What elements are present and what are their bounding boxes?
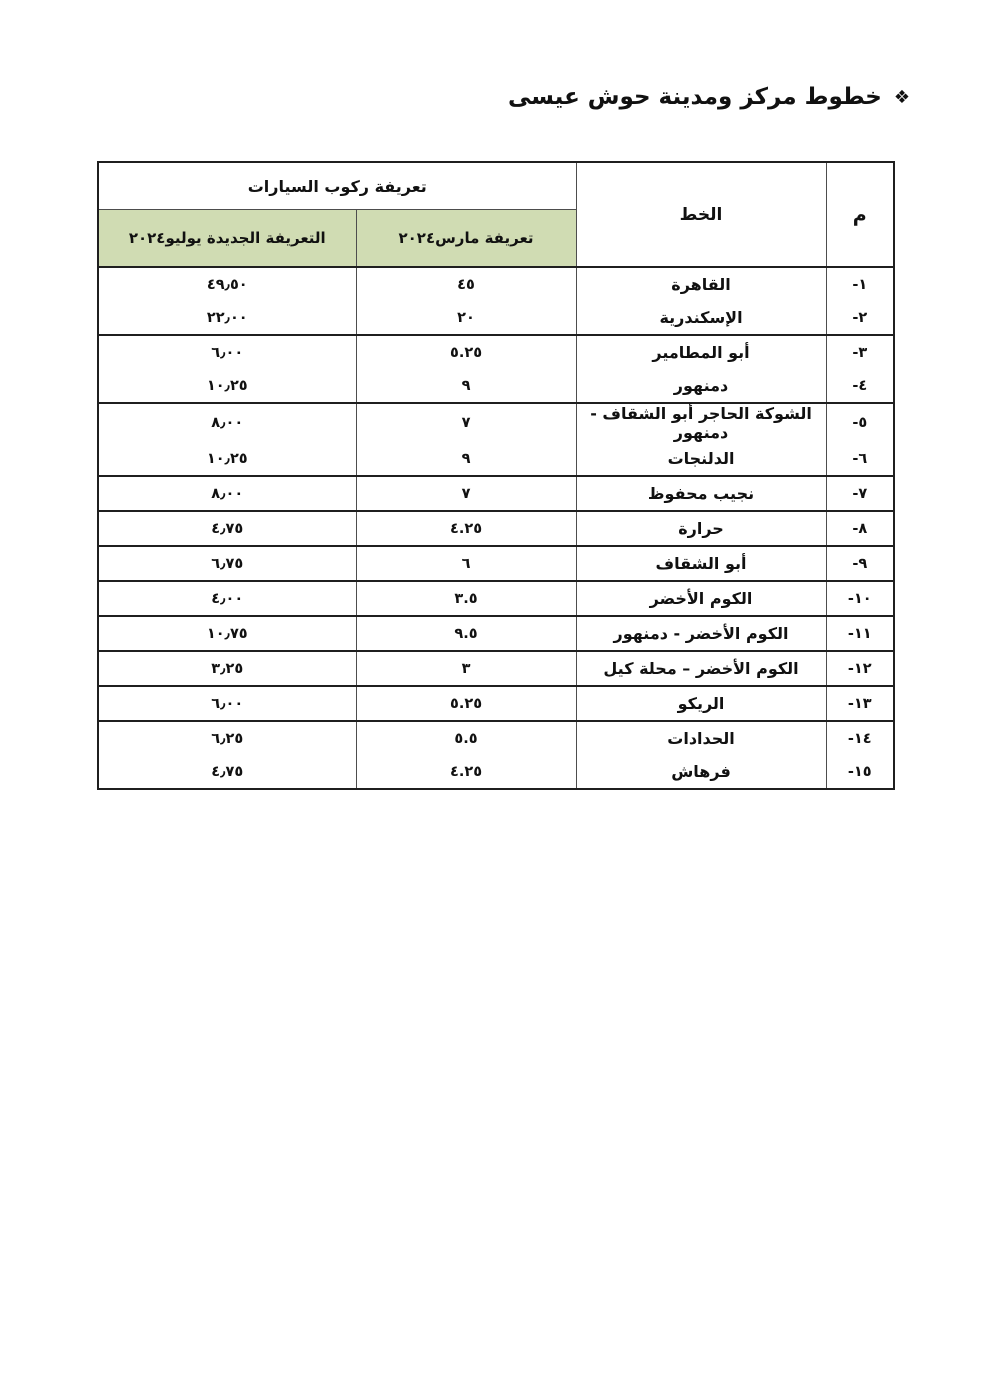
new-july-fare-value: ٤٫٧٥ (98, 511, 356, 546)
row-number: -٥ (826, 403, 894, 442)
table-row: -٩ أبو الشقاف ٦ ٦٫٧٥ (98, 546, 894, 581)
line-name: نجيب محفوظ (576, 476, 826, 511)
line-name: الشوكة الحاجر أبو الشقاف - دمنهور (576, 403, 826, 442)
section-title-text: خطوط مركز ومدينة حوش عيسى (508, 84, 882, 110)
diamond-bullet-icon: ❖ (894, 89, 910, 107)
table-row: -٥ الشوكة الحاجر أبو الشقاف - دمنهور ٧ ٨… (98, 403, 894, 442)
line-name: القاهرة (576, 267, 826, 301)
march-fare-value: ٣.٥ (356, 581, 576, 616)
march-fare-value: ٦ (356, 546, 576, 581)
new-july-fare-value: ٦٫٢٥ (98, 721, 356, 755)
row-number: -١٤ (826, 721, 894, 755)
line-name: الدلنجات (576, 442, 826, 476)
row-number: -٣ (826, 335, 894, 369)
line-name: الإسكندرية (576, 301, 826, 335)
table-row: -١٢ الكوم الأخضر – محلة كيل ٣ ٣٫٢٥ (98, 651, 894, 686)
row-number: -٨ (826, 511, 894, 546)
new-july-fare-value: ١٠٫٧٥ (98, 616, 356, 651)
line-name: الكوم الأخضر - دمنهور (576, 616, 826, 651)
line-name: الريكو (576, 686, 826, 721)
new-july-fare-value: ٨٫٠٠ (98, 403, 356, 442)
row-number: -١ (826, 267, 894, 301)
line-name: الحدادات (576, 721, 826, 755)
march-fare-value: ٩ (356, 442, 576, 476)
fare-table: م الخط تعريفة ركوب السيارات تعريفة مارس٢… (97, 161, 895, 790)
new-july-fare-value: ٢٢٫٠٠ (98, 301, 356, 335)
table-row: -١٤ الحدادات ٥.٥ ٦٫٢٥ (98, 721, 894, 755)
row-number: -١٥ (826, 755, 894, 789)
march-fare-value: ٩.٥ (356, 616, 576, 651)
table-row: -٨ حرارة ٤.٢٥ ٤٫٧٥ (98, 511, 894, 546)
row-number: -٧ (826, 476, 894, 511)
new-july-fare-value: ٤٫٠٠ (98, 581, 356, 616)
march-fare-value: ٥.٥ (356, 721, 576, 755)
line-name: فرهاش (576, 755, 826, 789)
new-july-fare-value: ٦٫٠٠ (98, 686, 356, 721)
line-name: حرارة (576, 511, 826, 546)
section-title: ❖ خطوط مركز ومدينة حوش عيسى (508, 84, 910, 110)
march-fare-value: ٤.٢٥ (356, 755, 576, 789)
row-number: -٤ (826, 369, 894, 403)
table-row: -١٥ فرهاش ٤.٢٥ ٤٫٧٥ (98, 755, 894, 789)
table-row: -٣ أبو المطامير ٥.٢٥ ٦٫٠٠ (98, 335, 894, 369)
header-new-july-2024-tariff: التعريفة الجديدة يوليو٢٠٢٤ (98, 210, 356, 268)
new-july-fare-value: ١٠٫٢٥ (98, 442, 356, 476)
document-page: ❖ خطوط مركز ومدينة حوش عيسى م الخط تعريف… (0, 0, 990, 1400)
march-fare-value: ٥.٢٥ (356, 686, 576, 721)
table-row: -١٠ الكوم الأخضر ٣.٥ ٤٫٠٠ (98, 581, 894, 616)
march-fare-value: ٤.٢٥ (356, 511, 576, 546)
row-number: -٢ (826, 301, 894, 335)
march-fare-value: ٢٠ (356, 301, 576, 335)
new-july-fare-value: ٣٫٢٥ (98, 651, 356, 686)
fare-table-header: م الخط تعريفة ركوب السيارات تعريفة مارس٢… (98, 162, 894, 267)
header-line-column: الخط (576, 162, 826, 267)
march-fare-value: ٣ (356, 651, 576, 686)
row-number: -٦ (826, 442, 894, 476)
new-july-fare-value: ٤٩٫٥٠ (98, 267, 356, 301)
line-name: دمنهور (576, 369, 826, 403)
march-fare-value: ٩ (356, 369, 576, 403)
row-number: -١١ (826, 616, 894, 651)
new-july-fare-value: ٨٫٠٠ (98, 476, 356, 511)
row-number: -١٢ (826, 651, 894, 686)
line-name: الكوم الأخضر (576, 581, 826, 616)
line-name: الكوم الأخضر – محلة كيل (576, 651, 826, 686)
header-num-column: م (826, 162, 894, 267)
header-march-2024-tariff: تعريفة مارس٢٠٢٤ (356, 210, 576, 268)
table-row: -١٣ الريكو ٥.٢٥ ٦٫٠٠ (98, 686, 894, 721)
march-fare-value: ٥.٢٥ (356, 335, 576, 369)
table-row: -٧ نجيب محفوظ ٧ ٨٫٠٠ (98, 476, 894, 511)
march-fare-value: ٧ (356, 476, 576, 511)
table-row: -١١ الكوم الأخضر - دمنهور ٩.٥ ١٠٫٧٥ (98, 616, 894, 651)
row-number: -١٠ (826, 581, 894, 616)
table-row: -٦ الدلنجات ٩ ١٠٫٢٥ (98, 442, 894, 476)
fare-table-body: -١ القاهرة ٤٥ ٤٩٫٥٠ -٢ الإسكندرية ٢٠ ٢٢٫… (98, 267, 894, 789)
row-number: -٩ (826, 546, 894, 581)
line-name: أبو الشقاف (576, 546, 826, 581)
new-july-fare-value: ٤٫٧٥ (98, 755, 356, 789)
header-tariff-group: تعريفة ركوب السيارات (98, 162, 576, 210)
march-fare-value: ٤٥ (356, 267, 576, 301)
new-july-fare-value: ١٠٫٢٥ (98, 369, 356, 403)
table-row: -٢ الإسكندرية ٢٠ ٢٢٫٠٠ (98, 301, 894, 335)
row-number: -١٣ (826, 686, 894, 721)
line-name: أبو المطامير (576, 335, 826, 369)
new-july-fare-value: ٦٫٠٠ (98, 335, 356, 369)
march-fare-value: ٧ (356, 403, 576, 442)
new-july-fare-value: ٦٫٧٥ (98, 546, 356, 581)
table-row: -٤ دمنهور ٩ ١٠٫٢٥ (98, 369, 894, 403)
table-row: -١ القاهرة ٤٥ ٤٩٫٥٠ (98, 267, 894, 301)
